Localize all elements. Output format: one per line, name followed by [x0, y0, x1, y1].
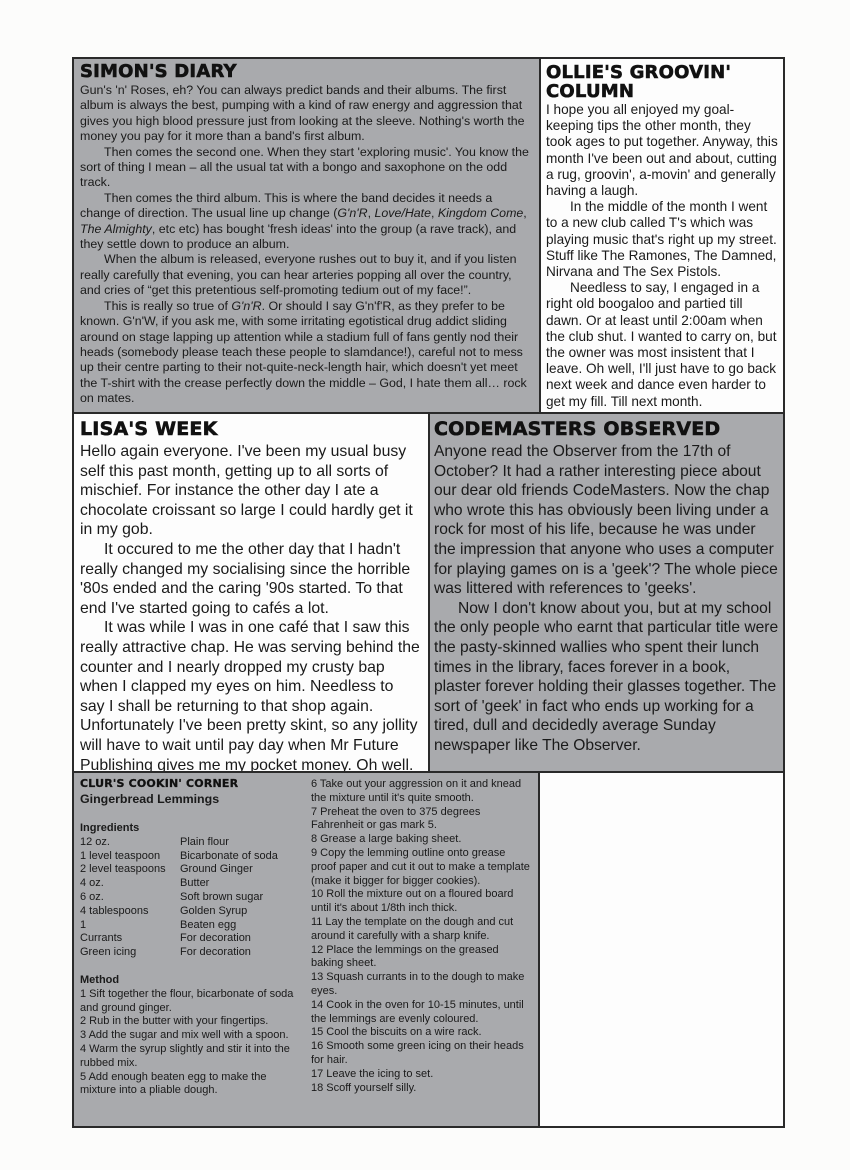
- codemasters-observed-title: CodeMasters Observed: [434, 420, 779, 439]
- ingredient-item: For decoration: [180, 932, 278, 946]
- paragraph: Needless to say, I engaged in a right ol…: [546, 280, 778, 410]
- band-name: Kingdom Come: [438, 206, 523, 220]
- ingredient-quantity: 2 level teaspoons: [80, 863, 180, 877]
- method-step: 8 Grease a large baking sheet.: [311, 833, 532, 847]
- method-step: 12 Place the lemmings on the greased bak…: [311, 944, 532, 972]
- ingredient-row: 12 oz.Plain flour: [80, 836, 278, 850]
- method-step: 11 Lay the template on the dough and cut…: [311, 916, 532, 944]
- method-step: 14 Cook in the oven for 10-15 minutes, u…: [311, 999, 532, 1027]
- ingredient-row: CurrantsFor decoration: [80, 932, 278, 946]
- method-step: 4 Warm the syrup slightly and stir it in…: [80, 1043, 305, 1071]
- paragraph: It was while I was in one café that I sa…: [80, 618, 422, 773]
- method-step: 3 Add the sugar and mix well with a spoo…: [80, 1029, 305, 1043]
- method-step: 5 Add enough beaten egg to make the mixt…: [80, 1071, 305, 1099]
- simons-diary-title: Simon's Diary: [80, 63, 533, 81]
- method-step: 15 Cool the biscuits on a wire rack.: [311, 1026, 532, 1040]
- paragraph: In the middle of the month I went to a n…: [546, 199, 778, 280]
- ingredient-quantity: 4 oz.: [80, 877, 180, 891]
- ingredient-quantity: 6 oz.: [80, 891, 180, 905]
- band-name: The Almighty: [80, 222, 152, 236]
- simons-diary-panel: Simon's Diary Gun's 'n' Roses, eh? You c…: [72, 57, 541, 414]
- method-step: 2 Rub in the butter with your fingertips…: [80, 1015, 305, 1029]
- method-step: 13 Squash currants in to the dough to ma…: [311, 971, 532, 999]
- paragraph: It occured to me the other day that I ha…: [80, 540, 422, 618]
- band-name: Love/Hate: [375, 206, 431, 220]
- ingredient-quantity: 1: [80, 919, 180, 933]
- lisas-week-body: Hello again everyone. I've been my usual…: [80, 442, 422, 773]
- ingredient-item: Butter: [180, 877, 278, 891]
- ingredient-item: Ground Ginger: [180, 863, 278, 877]
- method-step: 16 Smooth some green icing on their head…: [311, 1040, 532, 1068]
- method-step: 10 Roll the mixture out on a floured boa…: [311, 888, 532, 916]
- ingredient-quantity: Green icing: [80, 946, 180, 960]
- paragraph: Gun's 'n' Roses, eh? You can always pred…: [80, 83, 533, 145]
- method-label: Method: [80, 974, 305, 988]
- ingredient-item: Bicarbonate of soda: [180, 850, 278, 864]
- method-step: 7 Preheat the oven to 375 degrees Fahren…: [311, 806, 532, 834]
- paragraph: Then comes the second one. When they sta…: [80, 145, 533, 191]
- ingredient-row: 4 oz.Butter: [80, 877, 278, 891]
- ingredient-row: 1 level teaspoonBicarbonate of soda: [80, 850, 278, 864]
- ingredient-row: 4 tablespoonsGolden Syrup: [80, 905, 278, 919]
- simons-diary-body: Gun's 'n' Roses, eh? You can always pred…: [80, 83, 533, 407]
- method-steps-left: 1 Sift together the flour, bicarbonate o…: [80, 988, 305, 1098]
- codemasters-observed-panel: CodeMasters Observed Anyone read the Obs…: [428, 412, 785, 773]
- ingredient-row: 1Beaten egg: [80, 919, 278, 933]
- ingredient-item: Beaten egg: [180, 919, 278, 933]
- ingredients-table: 12 oz.Plain flour1 level teaspoonBicarbo…: [80, 836, 278, 960]
- method-step: 18 Scoff yourself silly.: [311, 1082, 532, 1096]
- ingredient-row: 2 level teaspoonsGround Ginger: [80, 863, 278, 877]
- paragraph: Then comes the third album. This is wher…: [80, 191, 533, 253]
- cookin-corner-left-column: Clur's Cookin' Corner Gingerbread Lemmin…: [80, 778, 305, 1098]
- cookin-corner-panel: Clur's Cookin' Corner Gingerbread Lemmin…: [72, 771, 540, 1128]
- ingredient-item: Plain flour: [180, 836, 278, 850]
- ingredient-item: Golden Syrup: [180, 905, 278, 919]
- method-step: 17 Leave the icing to set.: [311, 1068, 532, 1082]
- ingredient-quantity: Currants: [80, 932, 180, 946]
- method-step: 9 Copy the lemming outline onto grease p…: [311, 847, 532, 888]
- codemasters-observed-body: Anyone read the Observer from the 17th o…: [434, 442, 779, 756]
- ingredient-row: Green icingFor decoration: [80, 946, 278, 960]
- ollies-column-title: Ollie's Groovin' Column: [546, 63, 778, 101]
- lisas-week-title: Lisa's Week: [80, 420, 422, 439]
- ollies-column-panel: Ollie's Groovin' Column I hope you all e…: [539, 57, 785, 414]
- paragraph: Anyone read the Observer from the 17th o…: [434, 442, 779, 599]
- recipe-name: Gingerbread Lemmings: [80, 792, 305, 806]
- ingredient-item: For decoration: [180, 946, 278, 960]
- blank-panel: [538, 771, 785, 1128]
- cookin-corner-title: Clur's Cookin' Corner: [80, 778, 305, 789]
- ingredients-label: Ingredients: [80, 822, 305, 836]
- ingredient-quantity: 12 oz.: [80, 836, 180, 850]
- paragraph: Hello again everyone. I've been my usual…: [80, 442, 422, 540]
- paragraph: This is really so true of G'n'R. Or shou…: [80, 299, 533, 407]
- ingredient-quantity: 1 level teaspoon: [80, 850, 180, 864]
- ollies-column-body: I hope you all enjoyed my goal-keeping t…: [546, 102, 778, 410]
- band-name: G'n'R: [231, 299, 261, 313]
- lisas-week-panel: Lisa's Week Hello again everyone. I've b…: [72, 412, 430, 773]
- ingredient-quantity: 4 tablespoons: [80, 905, 180, 919]
- ingredient-item: Soft brown sugar: [180, 891, 278, 905]
- method-step: 6 Take out your aggression on it and kne…: [311, 778, 532, 806]
- method-steps-right: 6 Take out your aggression on it and kne…: [305, 778, 532, 1098]
- method-step: 1 Sift together the flour, bicarbonate o…: [80, 988, 305, 1016]
- ingredient-row: 6 oz.Soft brown sugar: [80, 891, 278, 905]
- paragraph: I hope you all enjoyed my goal-keeping t…: [546, 102, 778, 199]
- band-name: G'n'R: [337, 206, 367, 220]
- paragraph: Now I don't know about you, but at my sc…: [434, 599, 779, 756]
- paragraph: When the album is released, everyone rus…: [80, 252, 533, 298]
